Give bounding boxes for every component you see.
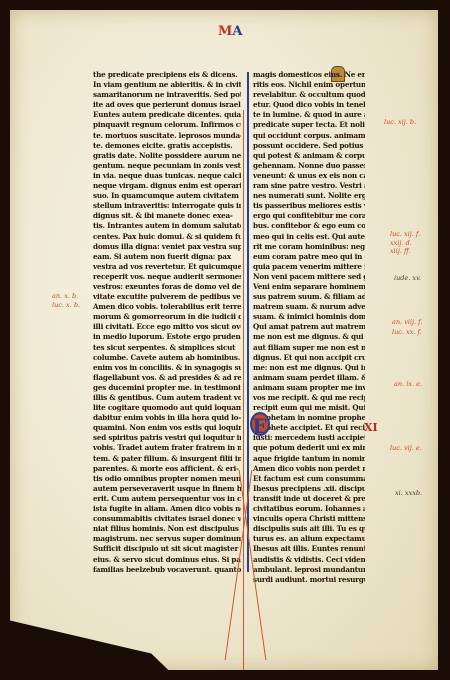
margin-note: luc. xij. b.: [384, 118, 416, 126]
text-line: civitatibus eorum. Iohannes autem cum au…: [253, 504, 365, 514]
text-line: qui potest & animam & corpus perdere in: [253, 151, 365, 161]
text-line: flagellabunt vos. & ad presides & ad re-: [93, 373, 241, 383]
text-line: lite cogitare quomodo aut quid loquamini: [93, 403, 241, 413]
text-line: que potum dederit uni ex minimis istis c…: [253, 443, 365, 453]
text-line: possunt occidere. Sed potius timete eum: [253, 141, 365, 151]
text-line: ram sine patre vestro. Vestri autem capi…: [253, 181, 365, 191]
text-line: tes sicut serpentes. & simplices sicut: [93, 343, 241, 353]
text-line: ges ducemini propter me. in testimonium: [93, 383, 241, 393]
text-line: parentes. & morte eos afficient. & eri-: [93, 464, 241, 474]
margin-note: luc. x. b.: [52, 301, 80, 309]
text-line: consummabitis civitates israel donec ve-: [93, 514, 241, 524]
text-line: tem. & pater filium. & insurgent filii i…: [93, 454, 241, 464]
text-line: familias beelzebub vocaverunt. quanto: [93, 565, 241, 575]
text-line: quia pacem venerim mittere in terram.: [253, 262, 365, 272]
text-line: samaritanorum ne intraveritis. Sed potiu…: [93, 90, 241, 100]
text-line: ergo qui confitebitur me coram homini-: [253, 211, 365, 221]
text-line: eam. Si autem non fuerit digna: pax: [93, 252, 241, 262]
text-line: in via. neque duas tunicas. neque calcia…: [93, 171, 241, 181]
text-line: In viam gentium ne abieritis. & in civit…: [93, 80, 241, 90]
text-line: ritis eos. Nichil enim opertum quod non: [253, 80, 365, 90]
chapter-number: XI: [364, 421, 378, 434]
text-line: me: non est me dignus. Qui invenit: [253, 363, 365, 373]
text-line: ambulant. leprosi mundantur.: [253, 565, 365, 575]
text-line: te in lumine. & quod in aure auditis:: [253, 110, 365, 120]
text-line: vos me recipit. & qui me recipit:: [253, 393, 365, 403]
text-line: receperit vos. neque audierit sermones: [93, 272, 241, 282]
running-header: MA: [218, 24, 242, 39]
text-line: Veni enim separare hominem adver-: [253, 282, 365, 292]
text-line: pinquavit regnum celorum. Infirmos cura-: [93, 120, 241, 130]
text-line: the predicate precipiens eis & dicens.: [93, 70, 241, 80]
text-line: bus. confitebor & ego eum coram patre: [253, 221, 365, 231]
text-line: tis passeribus meliores estis vos. Omnis: [253, 201, 365, 211]
margin-note: an. viij. f.: [392, 318, 422, 326]
margin-note: xiij. ff.: [390, 247, 411, 255]
text-line: illi civitati. Ecce ego mitto vos sicut …: [93, 322, 241, 332]
text-line: etur. Quod dico vobis in tenebris: dici-: [253, 100, 365, 110]
text-line: aut filiam super me non est me: [253, 343, 365, 353]
left-text-column: the predicate precipiens eis & dicens.In…: [93, 70, 241, 575]
text-line: vestra ad vos revertetur. Et quicumque n…: [93, 262, 241, 272]
text-line: suo. In quamcumque autem civitatem aut c…: [93, 191, 241, 201]
text-line: Euntes autem predicate dicentes. quia ap…: [93, 110, 241, 120]
text-line: animam suam perdet illam. & qui perdider…: [253, 373, 365, 383]
text-line: tis odio omnibus propter nomen meum. Qui: [93, 474, 241, 484]
text-line: Non veni pacem mittere sed gladium.: [253, 272, 365, 282]
margin-note: luc. vij. e.: [390, 444, 422, 452]
margin-note: xi. xxxb.: [395, 489, 422, 497]
text-line: centes. Pax huic domui. & si quidem fuer…: [93, 232, 241, 242]
text-line: enim vos in conciliis. & in synagogis su…: [93, 363, 241, 373]
text-line: revelabitur. & occultum quod non sci-: [253, 90, 365, 100]
margin-note: an. ix. e.: [394, 380, 422, 388]
text-line: audistis & vidistis. Ceci vident. claudi: [253, 555, 365, 565]
header-initial-a: A: [232, 24, 242, 39]
margin-note: luc. xx. f.: [392, 328, 422, 336]
column-border-red: [243, 110, 244, 670]
text-line: eum coram patre meo qui in celis est. No…: [253, 252, 365, 262]
text-line: qui occidunt corpus. animam autem non: [253, 131, 365, 141]
text-line: Ihesus precipiens .xii. discipulis suis:: [253, 484, 365, 494]
text-line: magistrum. nec servus super dominum suum…: [93, 534, 241, 544]
text-line: vinculis opera Christi mittens duos de: [253, 514, 365, 524]
text-line: recipit eum qui me misit. Qui recipit: [253, 403, 365, 413]
text-line: gratis date. Nolite possidere aurum nequ…: [93, 151, 241, 161]
text-line: ista fugite in aliam. Amen dico vobis no…: [93, 504, 241, 514]
text-line: Amen dico vobis. tolerabilius erit terre…: [93, 302, 241, 312]
text-line: neque virgam. dignus enim est operarius …: [93, 181, 241, 191]
text-line: veneunt: & unus ex eis non cadet super t…: [253, 171, 365, 181]
text-line: columbe. Cavete autem ab hominibus. trad…: [93, 353, 241, 363]
margin-note: an. x. b.: [52, 292, 78, 300]
text-line: me non est me dignus. & qui amat filium: [253, 332, 365, 342]
text-line: predicate super tecta. Et nolite timere …: [253, 120, 365, 130]
text-line: autem perseveraverit usque in finem hic …: [93, 484, 241, 494]
text-line: matrem suam. & nurum adversus socrum: [253, 302, 365, 312]
text-line: turus es. an alium expectamus? Et respon…: [253, 534, 365, 544]
text-line: quamini. Non enim vos estis qui loquimin…: [93, 423, 241, 433]
text-line: morum & gomorreorum in die iudicii quam: [93, 312, 241, 322]
text-line: Amen dico vobis non perdet mercedem suam…: [253, 464, 365, 474]
text-line: magis domesticos eius. Ne ergo timue-: [253, 70, 365, 80]
text-line: gentum. neque pecuniam in zonis vestris.…: [93, 161, 241, 171]
margin-note: iude. xv.: [394, 274, 421, 282]
margin-note: luc. xij. f.: [390, 230, 420, 238]
header-initial-m: M: [218, 24, 232, 39]
text-line: te. demones eicite. gratis accepistis.: [93, 141, 241, 151]
text-line: illis & gentibus. Cum autem tradent vos …: [93, 393, 241, 403]
text-line: dignus. Et qui non accipit crucem suam &…: [253, 353, 365, 363]
text-line: suam. & inimici hominis domestici eius.: [253, 312, 365, 322]
text-line: niat filius hominis. Non est discipulus …: [93, 524, 241, 534]
text-line: dabitur enim vobis in illa hora quid lo-: [93, 413, 241, 423]
text-line: sus patrem suum. & filiam adversus: [253, 292, 365, 302]
text-line: iusti: mercedem iusti accipiet. Et quicu…: [253, 433, 365, 443]
text-line: nes numerati sunt. Nolite ergo timere: m…: [253, 191, 365, 201]
text-line: stellum intraveritis: interrogate quis i…: [93, 201, 241, 211]
text-line: aque frigide tantum in nomine discipuli:: [253, 454, 365, 464]
text-line: ite ad oves que perierunt domus israel.: [93, 100, 241, 110]
margin-note: xxij. d.: [390, 239, 412, 247]
text-line: animam suam propter me inveniet eam. Qui…: [253, 383, 365, 393]
text-line: domus illa digna: veniet pax vestra supe…: [93, 242, 241, 252]
text-line: Ihesus ait illis. Euntes renuntiate Ioha…: [253, 544, 365, 554]
text-line: vestros: exeuntes foras de domo vel de c…: [93, 282, 241, 292]
text-line: eius. & servo sicut dominus eius. Si pat…: [93, 555, 241, 565]
text-line: vitate excutite pulverem de pedibus vest…: [93, 292, 241, 302]
decorated-initial-e: E: [250, 412, 270, 436]
text-line: erit. Cum autem persequentur vos in civi…: [93, 494, 241, 504]
text-line: tis. Intrantes autem in domum salutate e…: [93, 221, 241, 231]
text-line: sed spiritus patris vestri qui loquitur …: [93, 433, 241, 443]
text-line: Sufficit discipulo ut sit sicut magister: [93, 544, 241, 554]
text-line: Et factum est cum consummasset: [253, 474, 365, 484]
text-line: vobis. Tradet autem frater fratrem in mo…: [93, 443, 241, 453]
text-line: dignus sit. & ibi manete donec exea-: [93, 211, 241, 221]
text-line: te. mortuos suscitate. leprosos munda-: [93, 131, 241, 141]
text-line: Qui amat patrem aut matrem plus quam: [253, 322, 365, 332]
text-line: transiit inde ut doceret & predicaret in: [253, 494, 365, 504]
text-line: meo qui in celis est. Qui autem negave-: [253, 232, 365, 242]
text-line: discipulis suis ait illi. Tu es qui ven-: [253, 524, 365, 534]
text-line: surdi audiunt. mortui resurgunt.: [253, 575, 365, 585]
text-line: rit me coram hominibus: negabo & ego: [253, 242, 365, 252]
text-line: in medio luporum. Estote ergo pruden-: [93, 332, 241, 342]
text-line: gehennam. Nonne duo passeres asse: [253, 161, 365, 171]
right-text-column: magis domesticos eius. Ne ergo timue-rit…: [253, 70, 365, 585]
